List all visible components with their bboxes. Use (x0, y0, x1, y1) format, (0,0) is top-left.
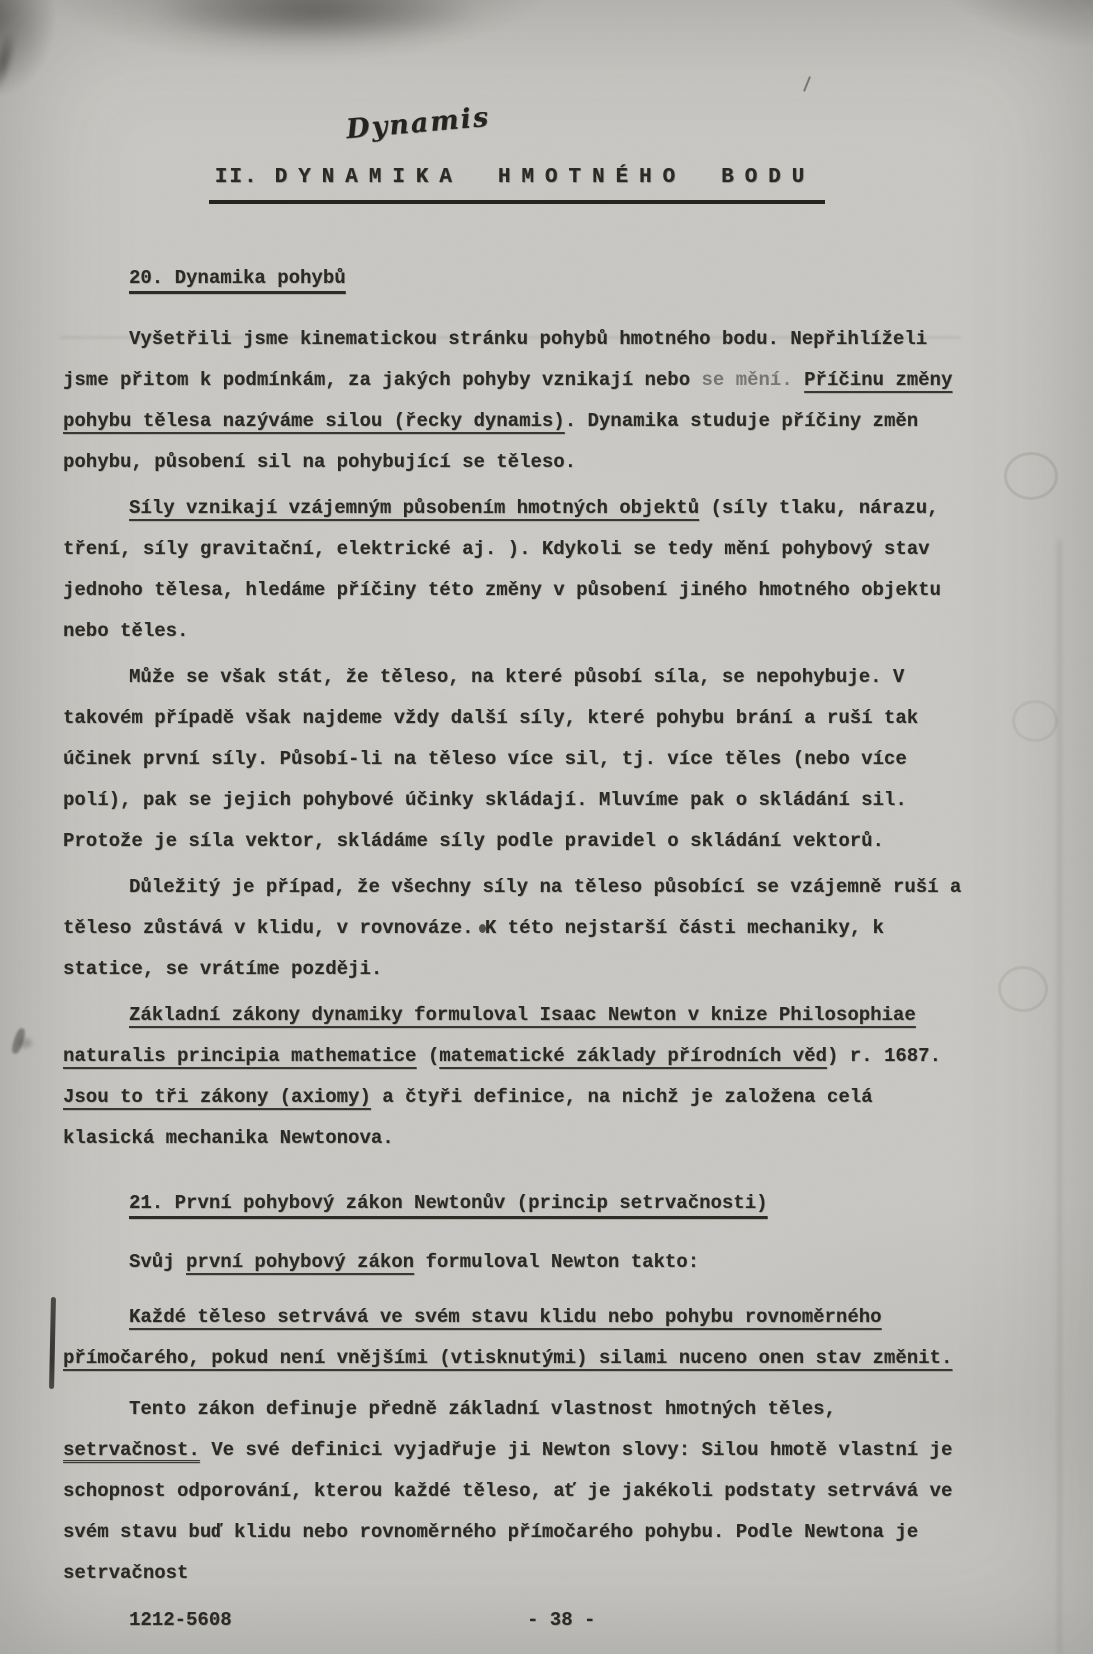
chapter-title: II.DYNAMIKA HMOTNÉHO BODU (63, 166, 971, 204)
underlined-law-text: Každé těleso setrvává ve svém stavu klid… (63, 1306, 952, 1369)
stain-ring (1004, 452, 1058, 500)
chapter-title-underlined: II.DYNAMIKA HMOTNÉHO BODU (209, 166, 825, 204)
section-20-heading-text: 20. Dynamika pohybů (129, 267, 346, 289)
underlined-phrase: Jsou to tři zákony (axiomy) (63, 1086, 371, 1108)
stray-pen-mark (803, 76, 811, 92)
first-law-statement: Každé těleso setrvává ve svém stavu klid… (63, 1297, 971, 1379)
paragraph-forces-origin: Síly vznikají vzájemným působením hmotný… (63, 488, 971, 652)
underlined-phrase: matematické základy přírodních věd (439, 1045, 827, 1067)
chapter-title-text: DYNAMIKA HMOTNÉHO BODU (275, 166, 816, 189)
paragraph-force-composition: Může se však stát, že těleso, na které p… (63, 657, 971, 862)
stain-ring (1012, 700, 1058, 742)
paper-crease (1058, 540, 1061, 1654)
paragraph-newton-principia: Základní zákony dynamiky formuloval Isaa… (63, 995, 971, 1159)
paragraph-inertia-definition: Tento zákon definuje předně základní vla… (63, 1389, 971, 1594)
section-21-heading: 21. První pohybový zákon Newtonův (princ… (63, 1183, 971, 1224)
document-number: 1212-5608 (129, 1609, 232, 1631)
underlined-phrase: první pohybový zákon (186, 1251, 414, 1273)
faded-text: se mění. (702, 369, 805, 391)
chapter-number: II. (215, 166, 259, 189)
page-number: - 38 - (461, 1600, 595, 1641)
section-20-heading: 20. Dynamika pohybů (63, 258, 971, 299)
double-underlined-word: setrvačnost. (63, 1439, 200, 1461)
section-21-heading-text: 21. První pohybový zákon Newtonův (princ… (129, 1192, 768, 1214)
margin-emphasis-bar (49, 1297, 56, 1389)
handwritten-annotation: Dynamis (345, 102, 491, 145)
ink-blot (18, 1038, 32, 1048)
scan-edge-mark (0, 29, 20, 95)
scanned-document-page: Dynamis II.DYNAMIKA HMOTNÉHO BODU 20. Dy… (0, 0, 1093, 1654)
first-law-statement-block: Každé těleso setrvává ve svém stavu klid… (63, 1297, 971, 1379)
paragraph-first-law-intro: Svůj první pohybový zákon formuloval New… (63, 1242, 971, 1283)
scan-smudge-top (150, 0, 480, 44)
page-footer: 1212-5608 - 38 - (63, 1600, 971, 1641)
paragraph-dynamics-intro: Vyšetřili jsme kinematickou stránku pohy… (63, 319, 971, 483)
margin-pen-mark (10, 1027, 27, 1055)
stain-ring (998, 966, 1048, 1012)
document-body: 20. Dynamika pohybů Vyšetřili jsme kinem… (63, 258, 971, 1646)
underlined-phrase: Síly vznikají vzájemným působením hmotný… (129, 497, 699, 519)
paragraph-equilibrium: Důležitý je případ, že všechny síly na t… (63, 867, 971, 990)
